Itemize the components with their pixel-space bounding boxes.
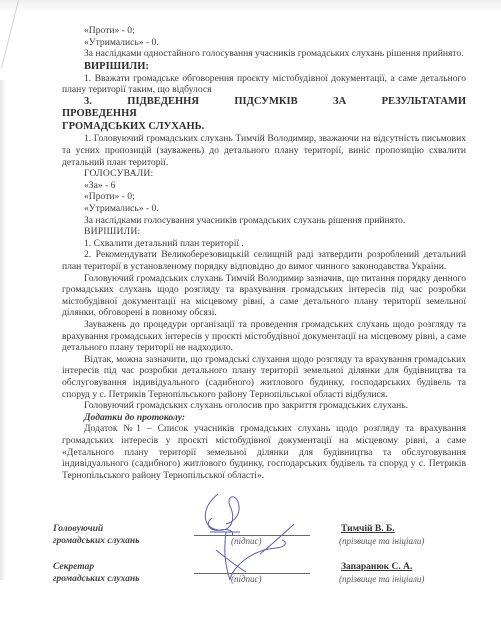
vote-abstained-2: «Утримались» - 0. [62,203,466,215]
role-line2: громадських слухань [53,574,139,584]
role-line1: Секретар [53,562,94,572]
paragraph-conclusion: Відтак, можна зазначити, що громадські с… [62,354,466,400]
signer-name: Запаранюк С. А. [341,562,412,574]
role-line1: Головуючий [53,524,103,534]
paragraph-no-remarks: Зауважень до процедури організації та пр… [62,319,466,354]
decided-item-2-2: 2. Рекомендувати Великоберезовицькій сел… [62,249,466,272]
signer-role: Секретар громадських слухань [53,561,139,585]
decided-item-2-1: 1. Схвалити детальний план території . [62,238,466,250]
signature-caption: (підпис) [231,536,262,548]
vote-against-1: «Проти» - 0; [62,25,466,37]
decided-heading-1: ВИРІШИЛИ: [62,60,466,73]
appendix-1: Додаток №1 – Список учасників громадськи… [62,423,466,481]
section-3-heading-line2: ГРОМАДСЬКИХ СЛУХАНЬ. [62,121,204,132]
signer-role: Головуючий громадських слухань [53,523,139,547]
voted-heading: ГОЛОСУВАЛИ: [62,168,466,180]
decided-heading-2: ВИРІШИЛИ: [62,226,466,238]
paragraph-chair-statement: Головуючий громадських слухань Тимчій Во… [62,273,466,319]
signature-row-chair: Головуючий громадських слухань (підпис) … [53,523,473,561]
document-body: «Проти» - 0; «Утримались» - 0. За наслід… [62,25,466,481]
signer-name-caption: (прізвище та ініціали) [339,574,424,586]
signer-name: Тимчій В. Б. [341,524,395,536]
scanned-document-page: «Проти» - 0; «Утримались» - 0. За наслід… [0,0,501,644]
role-line2: громадських слухань [53,536,139,546]
section-3-paragraph-1: 1. Головуючий громадських слухань Тимчій… [62,133,466,168]
paragraph-closing: Головуючий громадських слухань оголосив … [62,400,466,412]
vote-result-2: За наслідками голосування учасників гром… [62,215,466,227]
vote-result-1: За наслідками одностайного голосування у… [62,48,466,60]
paper-fold-mark [1,0,19,68]
vote-for-2: «За» - 6 [62,180,466,192]
section-3-heading-line1: 3. ПІДВЕДЕННЯ ПІДСУМКІВ ЗА РЕЗУЛЬТАТАМИ … [62,96,466,120]
signature-row-secretary: Секретар громадських слухань (підпис) За… [53,561,473,599]
vote-abstained-1: «Утримались» - 0. [62,37,466,49]
scan-edge-shadow [0,80,6,580]
signature-caption: (підпис) [231,574,262,586]
section-3-heading: 3. ПІДВЕДЕННЯ ПІДСУМКІВ ЗА РЕЗУЛЬТАТАМИ … [62,96,466,134]
signer-name-caption: (прізвище та ініціали) [339,536,424,548]
decided-item-1: 1. Вважати громадське обговорення проєкт… [62,73,466,96]
appendices-heading: Додатки до протоколу: [62,412,466,424]
vote-against-2: «Проти» - 0; [62,191,466,203]
signature-block: Головуючий громадських слухань (підпис) … [53,523,473,599]
